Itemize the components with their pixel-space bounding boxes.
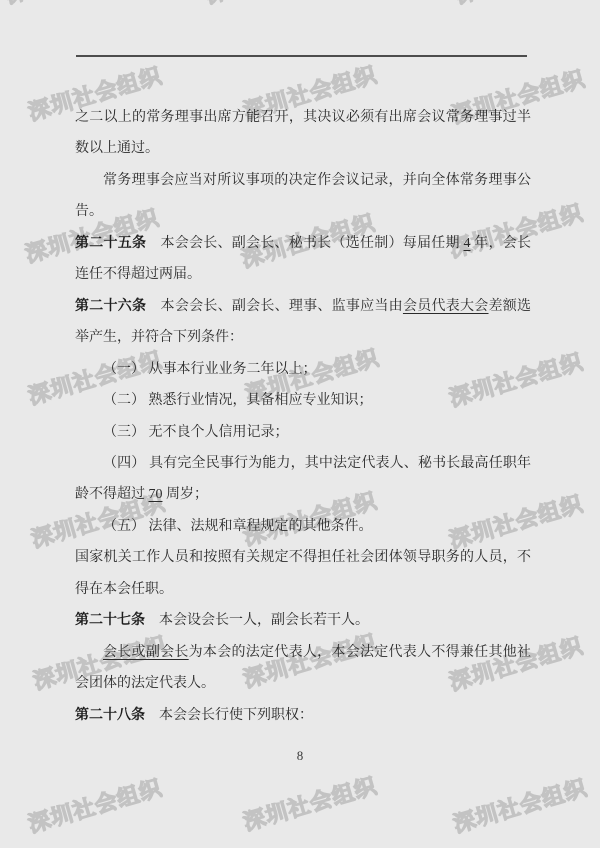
- article-heading: 第二十六条: [75, 299, 146, 314]
- watermark-text: 深圳社会组织: [449, 771, 590, 839]
- paragraph: 常务理事会应当对所议事项的决定作会议记录，并向全体常务理事公告。: [75, 165, 531, 228]
- watermark-text: 深圳社会组织: [201, 0, 342, 10]
- body-text-segment: （三） 无不良个人信用记录；: [103, 425, 289, 440]
- document-body: 之二以上的常务理事出席方能召开，其决议必须有出席会议常务理事过半数以上通过。常务…: [75, 102, 531, 731]
- paragraph: 第二十六条 本会会长、副会长、理事、监事应当由会员代表大会差额选举产生，并符合下…: [75, 291, 531, 354]
- watermark-text: 深圳社会组织: [451, 0, 592, 10]
- paragraph: 之二以上的常务理事出席方能召开，其决议必须有出席会议常务理事过半数以上通过。: [75, 102, 531, 165]
- body-text-segment: 本会会长、副会长、秘书长（选任制）每届任期: [146, 236, 463, 251]
- article-heading: 第二十七条: [75, 613, 145, 628]
- body-text-segment: 本会会长、副会长、理事、监事应当由: [146, 299, 403, 314]
- watermark-text: 深圳社会组织: [239, 769, 380, 837]
- paragraph: （五） 法律、法规和章程规定的其他条件。: [75, 511, 531, 542]
- watermark-text: 深圳社会组织: [24, 771, 165, 839]
- paragraph: （三） 无不良个人信用记录；: [75, 417, 531, 448]
- body-text-segment: 本会设会长一人，副会长若干人。: [145, 613, 369, 628]
- page-number: 8: [0, 748, 600, 764]
- body-text-segment: 国家机关工作人员和按照有关规定不得担任社会团体领导职务的人员，不得在本会任职。: [75, 550, 531, 596]
- paragraph: 第二十五条 本会会长、副会长、秘书长（选任制）每届任期 4 年，会长连任不得超过…: [75, 228, 531, 291]
- body-text-segment: 本会会长行使下列职权：: [145, 708, 313, 723]
- underlined-text: 会长或副会长: [103, 645, 189, 660]
- watermark-text: 深圳社会组织: [1, 0, 142, 10]
- underlined-text: 4: [464, 236, 471, 251]
- document-page: 深圳社会组织深圳社会组织深圳社会组织深圳社会组织深圳社会组织深圳社会组织深圳社会…: [0, 0, 600, 848]
- body-text-segment: （四） 具有完全民事行为能力，其中法定代表人、秘书长最高任职年龄不得超过: [75, 456, 531, 502]
- header-rule: [76, 55, 527, 57]
- body-text-segment: （二） 熟悉行业情况，具备相应专业知识；: [103, 393, 373, 408]
- body-text-segment: 常务理事会应当对所议事项的决定作会议记录，并向全体常务理事公告。: [75, 173, 531, 219]
- underlined-text: 70: [149, 487, 163, 502]
- body-text-segment: 周岁；: [163, 487, 209, 502]
- paragraph: 会长或副会长为本会的法定代表人，本会法定代表人不得兼任其他社会团体的法定代表人。: [75, 637, 531, 700]
- body-text-segment: （一） 从事本行业业务二年以上；: [103, 362, 317, 377]
- paragraph: 第二十七条 本会设会长一人，副会长若干人。: [75, 605, 531, 636]
- paragraph: （二） 熟悉行业情况，具备相应专业知识；: [75, 385, 531, 416]
- paragraph: （四） 具有完全民事行为能力，其中法定代表人、秘书长最高任职年龄不得超过 70 …: [75, 448, 531, 511]
- article-heading: 第二十五条: [75, 236, 146, 251]
- body-text-segment: 之二以上的常务理事出席方能召开，其决议必须有出席会议常务理事过半数以上通过。: [75, 110, 531, 156]
- paragraph: （一） 从事本行业业务二年以上；: [75, 354, 531, 385]
- paragraph: 第二十八条 本会会长行使下列职权：: [75, 700, 531, 731]
- body-text-segment: （五） 法律、法规和章程规定的其他条件。: [103, 519, 373, 534]
- underlined-text: 会员代表大会: [403, 299, 489, 314]
- article-heading: 第二十八条: [75, 708, 145, 723]
- paragraph: 国家机关工作人员和按照有关规定不得担任社会团体领导职务的人员，不得在本会任职。: [75, 542, 531, 605]
